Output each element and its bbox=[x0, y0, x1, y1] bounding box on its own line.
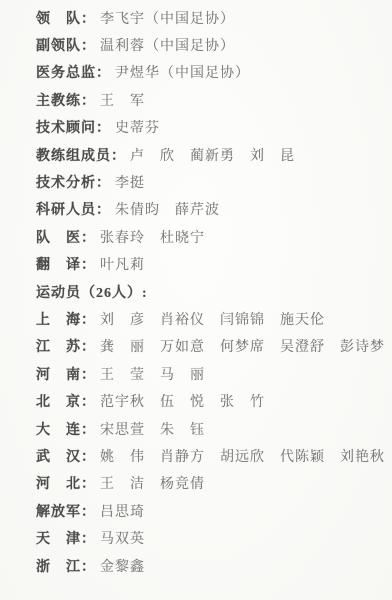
row-names: 吕思琦 bbox=[100, 501, 145, 521]
row-region: 武 汉： bbox=[36, 446, 96, 466]
row-names: 叶凡莉 bbox=[100, 254, 145, 274]
row-names: 朱倩昀 薛芹波 bbox=[115, 199, 220, 219]
row-coaching-staff: 教练组成员： 卢 欣 蔺新勇 刘 昆 bbox=[36, 141, 386, 168]
row-region: 北 京： bbox=[36, 391, 96, 411]
row-pla: 解放军： 吕思琦 bbox=[36, 497, 386, 524]
row-tianjin: 天 津： 马双英 bbox=[36, 524, 386, 551]
row-names: 温利蓉（中国足协） bbox=[100, 35, 235, 55]
row-label: 队 医： bbox=[36, 227, 96, 247]
row-label: 技术分析： bbox=[36, 172, 111, 192]
row-names: 宋思萱 朱 钰 bbox=[100, 419, 205, 439]
row-research-staff: 科研人员： 朱倩昀 薛芹波 bbox=[36, 196, 386, 223]
row-label: 技术顾问： bbox=[36, 117, 111, 137]
row-names: 王 洁 杨竞倩 bbox=[100, 473, 205, 493]
row-region: 河 北： bbox=[36, 473, 96, 493]
document-page: 领 队： 李飞宇（中国足协） 副领队： 温利蓉（中国足协） 医务总监： 尹煜华（… bbox=[0, 0, 392, 600]
row-medical-director: 医务总监： 尹煜华（中国足协） bbox=[36, 59, 386, 86]
row-region: 大 连： bbox=[36, 419, 96, 439]
row-label: 副领队： bbox=[36, 35, 96, 55]
row-beijing: 北 京： 范宇秋 伍 悦 张 竹 bbox=[36, 387, 386, 414]
row-names: 卢 欣 蔺新勇 刘 昆 bbox=[130, 145, 295, 165]
row-names: 张春玲 杜晓宁 bbox=[100, 227, 205, 247]
row-deputy-leader: 副领队： 温利蓉（中国足协） bbox=[36, 31, 386, 58]
row-label: 科研人员： bbox=[36, 199, 111, 219]
row-names: 范宇秋 伍 悦 张 竹 bbox=[100, 391, 265, 411]
row-names: 马双英 bbox=[100, 528, 145, 548]
row-region: 天 津： bbox=[36, 528, 96, 548]
row-region: 江 苏： bbox=[36, 336, 96, 356]
row-shanghai: 上 海： 刘 彦 肖裕仪 闫锦锦 施天伦 bbox=[36, 305, 386, 332]
row-names: 尹煜华（中国足协） bbox=[115, 62, 250, 82]
row-zhejiang: 浙 江： 金黎鑫 bbox=[36, 552, 386, 579]
row-head-coach: 主教练： 王 军 bbox=[36, 86, 386, 113]
row-names: 李挺 bbox=[115, 172, 145, 192]
row-names: 王 莹 马 丽 bbox=[100, 364, 205, 384]
row-hebei: 河 北： 王 洁 杨竞倩 bbox=[36, 470, 386, 497]
row-label: 教练组成员： bbox=[36, 145, 126, 165]
row-names: 王 军 bbox=[100, 90, 145, 110]
row-henan: 河 南： 王 莹 马 丽 bbox=[36, 360, 386, 387]
row-wuhan: 武 汉： 姚 伟 肖静方 胡远欣 代陈颖 刘艳秋 bbox=[36, 442, 386, 469]
row-label: 领 队： bbox=[36, 8, 96, 28]
row-names: 龚 丽 万如意 何梦席 吴澄舒 彭诗梦 bbox=[100, 336, 385, 356]
row-team-doctor: 队 医： 张春玲 杜晓宁 bbox=[36, 223, 386, 250]
row-technical-advisor: 技术顾问： 史蒂芬 bbox=[36, 114, 386, 141]
row-technical-analyst: 技术分析： 李挺 bbox=[36, 168, 386, 195]
row-team-leader: 领 队： 李飞宇（中国足协） bbox=[36, 4, 386, 31]
row-names: 刘 彦 肖裕仪 闫锦锦 施天伦 bbox=[100, 309, 325, 329]
row-label: 翻 译： bbox=[36, 254, 96, 274]
row-names: 史蒂芬 bbox=[115, 117, 160, 137]
row-dalian: 大 连： 宋思萱 朱 钰 bbox=[36, 415, 386, 442]
row-region: 解放军： bbox=[36, 501, 96, 521]
row-names: 李飞宇（中国足协） bbox=[100, 8, 235, 28]
row-names: 姚 伟 肖静方 胡远欣 代陈颖 刘艳秋 bbox=[100, 446, 385, 466]
row-label: 主教练： bbox=[36, 90, 96, 110]
row-region: 河 南： bbox=[36, 364, 96, 384]
row-region: 上 海： bbox=[36, 309, 96, 329]
row-label: 医务总监： bbox=[36, 62, 111, 82]
row-region: 浙 江： bbox=[36, 556, 96, 576]
row-translator: 翻 译： 叶凡莉 bbox=[36, 251, 386, 278]
row-names: 金黎鑫 bbox=[100, 556, 145, 576]
roster-heading: 运动员（26人）: bbox=[36, 278, 386, 305]
row-jiangsu: 江 苏： 龚 丽 万如意 何梦席 吴澄舒 彭诗梦 bbox=[36, 333, 386, 360]
roster-heading-label: 运动员（26人）: bbox=[36, 282, 148, 302]
